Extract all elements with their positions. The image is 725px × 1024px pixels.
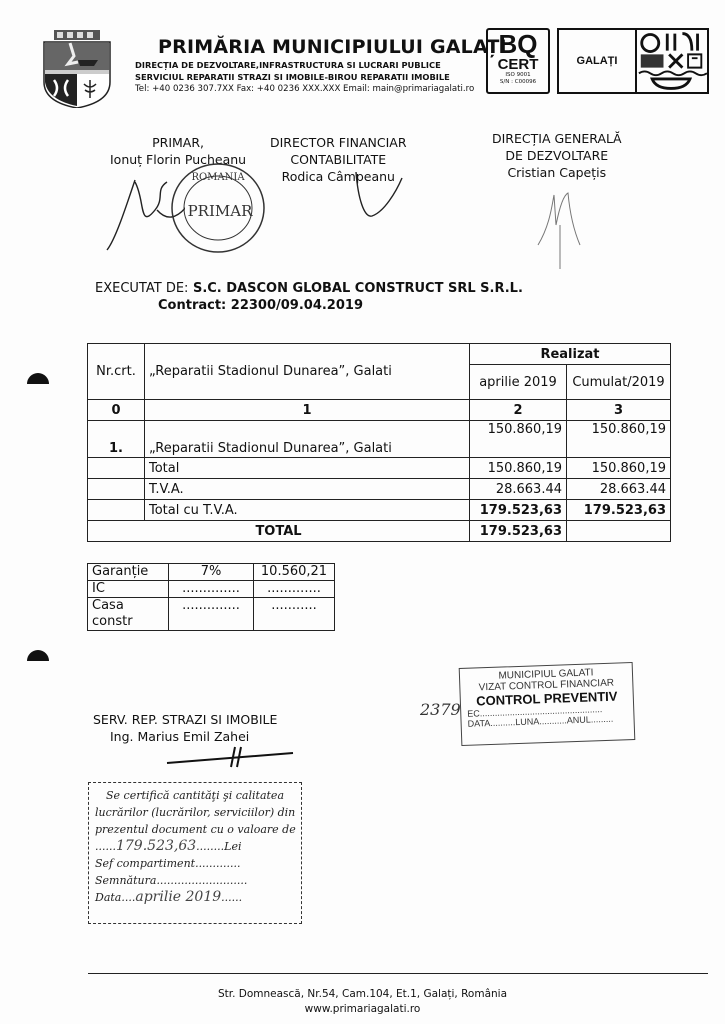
- contract-number: Contract: 22300/09.04.2019: [158, 298, 363, 313]
- table-row: Total cu T.V.A. 179.523,63 179.523,63: [88, 500, 671, 521]
- index-cell: 1: [145, 400, 470, 421]
- contractor-name: S.C. DASCON GLOBAL CONSTRUCT SRL S.R.L.: [193, 281, 523, 296]
- service-engineer: Ing. Marius Emil Zahei: [110, 729, 249, 744]
- cert-line: prezentul document cu o valoare de: [95, 821, 295, 838]
- header-realizat: Realizat: [470, 344, 671, 365]
- signatory-name: Cristian Capețis: [492, 164, 622, 181]
- seal-top-text: ROMANIA: [191, 172, 245, 183]
- row-month: 150.860,19: [470, 458, 567, 479]
- row-month: 150.860,19: [470, 421, 567, 458]
- guarantee-pct: 7%: [169, 564, 254, 581]
- total-cumul: [567, 521, 671, 542]
- guarantee-label: Garanție: [88, 564, 169, 581]
- galati-city-logo: GALAȚI: [557, 28, 709, 94]
- row-cumul: 179.523,63: [567, 500, 671, 521]
- control-stamp-number: 2379: [420, 700, 461, 719]
- iso-text: ISO 9001: [488, 72, 548, 79]
- financial-control-stamp: MUNICIPIUL GALATI VIZAT CONTROL FINANCIA…: [459, 662, 636, 746]
- cert-line: Sef compartiment.............: [95, 855, 295, 872]
- table-row: 1. „Reparatii Stadionul Dunarea”, Galati…: [88, 421, 671, 458]
- total-month: 179.523,63: [470, 521, 567, 542]
- punch-hole: [27, 650, 49, 661]
- contact-line: Tel: +40 0236 307.7XX Fax: +40 0236 XXX.…: [135, 84, 474, 94]
- cert-date-label: Data: [95, 891, 121, 904]
- index-cell: 0: [88, 400, 145, 421]
- row-name: T.V.A.: [145, 479, 470, 500]
- galati-logo-text: GALAȚI: [559, 30, 637, 92]
- bq-cert-logo: BQ CERT ISO 9001 S/N : C00096: [486, 28, 550, 94]
- service-line: SERVICIUL REPARATII STRAZI SI IMOBILE-BI…: [135, 72, 450, 82]
- header-cumul: Cumulat/2019: [567, 365, 671, 400]
- row-nr: 1.: [88, 421, 145, 458]
- bq-text: BQ: [488, 30, 548, 58]
- row-cumul: 28.663.44: [567, 479, 671, 500]
- service-title: SERV. REP. STRAZI SI IMOBILE: [93, 712, 277, 727]
- executed-by-label: EXECUTAT DE:: [95, 281, 188, 296]
- index-cell: 3: [567, 400, 671, 421]
- finance-signature: [350, 168, 410, 228]
- cert-currency: Lei: [224, 840, 241, 853]
- ic-value: .............: [254, 581, 335, 598]
- signatory-title: DIRECȚIA GENERALĂ: [492, 130, 622, 147]
- cert-line: Semnătura..........................: [95, 872, 295, 889]
- row-nr: [88, 479, 145, 500]
- header-month: aprilie 2019: [470, 365, 567, 400]
- cert-amount: 179.523,63: [116, 838, 196, 854]
- ic-row: IC .............. .............: [88, 581, 335, 598]
- table-row: T.V.A. 28.663.44 28.663.44: [88, 479, 671, 500]
- works-table: Nr.crt. „Reparatii Stadionul Dunarea”, G…: [87, 343, 671, 542]
- guarantee-value: 10.560,21: [254, 564, 335, 581]
- engineer-signature: [165, 745, 295, 769]
- total-label: TOTAL: [88, 521, 470, 542]
- row-month: 179.523,63: [470, 500, 567, 521]
- cert-date: aprilie 2019: [135, 889, 221, 905]
- guarantee-row: Garanție 7% 10.560,21: [88, 564, 335, 581]
- casa-pct: ..............: [169, 598, 254, 631]
- ic-label: IC: [88, 581, 169, 598]
- org-title: PRIMĂRIA MUNICIPIULUI GALAȚI: [158, 36, 507, 58]
- signatory-subtitle: DE DEZVOLTARE: [492, 147, 622, 164]
- cert-text: CERT: [488, 58, 548, 72]
- row-month: 28.663.44: [470, 479, 567, 500]
- seal-center-text: PRIMAR: [188, 202, 254, 220]
- row-nr: [88, 458, 145, 479]
- row-name: Total cu T.V.A.: [145, 500, 470, 521]
- ic-pct: ..............: [169, 581, 254, 598]
- row-cumul: 150.860,19: [567, 458, 671, 479]
- galati-emblem-icon: [637, 30, 707, 92]
- signatory-subtitle: CONTABILITATE: [270, 151, 407, 168]
- footer-divider: [88, 973, 708, 974]
- casa-row: Casa constr .............. ...........: [88, 598, 335, 631]
- footer-website[interactable]: www.primariagalati.ro: [0, 1003, 725, 1015]
- mayor-seal-stamp: ROMANIA PRIMAR: [168, 160, 268, 256]
- signatory-development-director: DIRECȚIA GENERALĂ DE DEZVOLTARE Cristian…: [492, 130, 622, 181]
- row-nr: [88, 500, 145, 521]
- sn-text: S/N : C00096: [488, 79, 548, 86]
- department-line: DIRECȚIA DE DEZVOLTARE,INFRASTRUCTURA SI…: [135, 60, 441, 70]
- casa-value: ...........: [254, 598, 335, 631]
- row-cumul: 150.860,19: [567, 421, 671, 458]
- guarantee-table: Garanție 7% 10.560,21 IC .............. …: [87, 563, 335, 631]
- cert-line: lucrărilor (lucrărilor, serviciilor) din: [95, 804, 295, 821]
- signatory-title: PRIMAR,: [110, 134, 246, 151]
- development-signature: [530, 185, 590, 270]
- signatory-title: DIRECTOR FINANCIAR: [270, 134, 407, 151]
- header-name: „Reparatii Stadionul Dunarea”, Galati: [145, 344, 470, 400]
- footer-address: Str. Domnească, Nr.54, Cam.104, Et.1, Ga…: [0, 988, 725, 1000]
- casa-label: Casa constr: [88, 598, 169, 631]
- row-name: „Reparatii Stadionul Dunarea”, Galati: [145, 421, 470, 458]
- index-row: 0 1 2 3: [88, 400, 671, 421]
- header-nr: Nr.crt.: [88, 344, 145, 400]
- executed-by: EXECUTAT DE: S.C. DASCON GLOBAL CONSTRUC…: [95, 281, 523, 296]
- header-row: Nr.crt. „Reparatii Stadionul Dunarea”, G…: [88, 344, 671, 365]
- row-name: Total: [145, 458, 470, 479]
- total-row: TOTAL 179.523,63: [88, 521, 671, 542]
- punch-hole: [27, 373, 49, 384]
- coat-of-arms-logo: [40, 30, 114, 108]
- certification-stamp: Se certifică cantităţi şi calitatea lucr…: [88, 782, 302, 924]
- table-row: Total 150.860,19 150.860,19: [88, 458, 671, 479]
- cert-line: Se certifică cantităţi şi calitatea: [95, 787, 295, 804]
- index-cell: 2: [470, 400, 567, 421]
